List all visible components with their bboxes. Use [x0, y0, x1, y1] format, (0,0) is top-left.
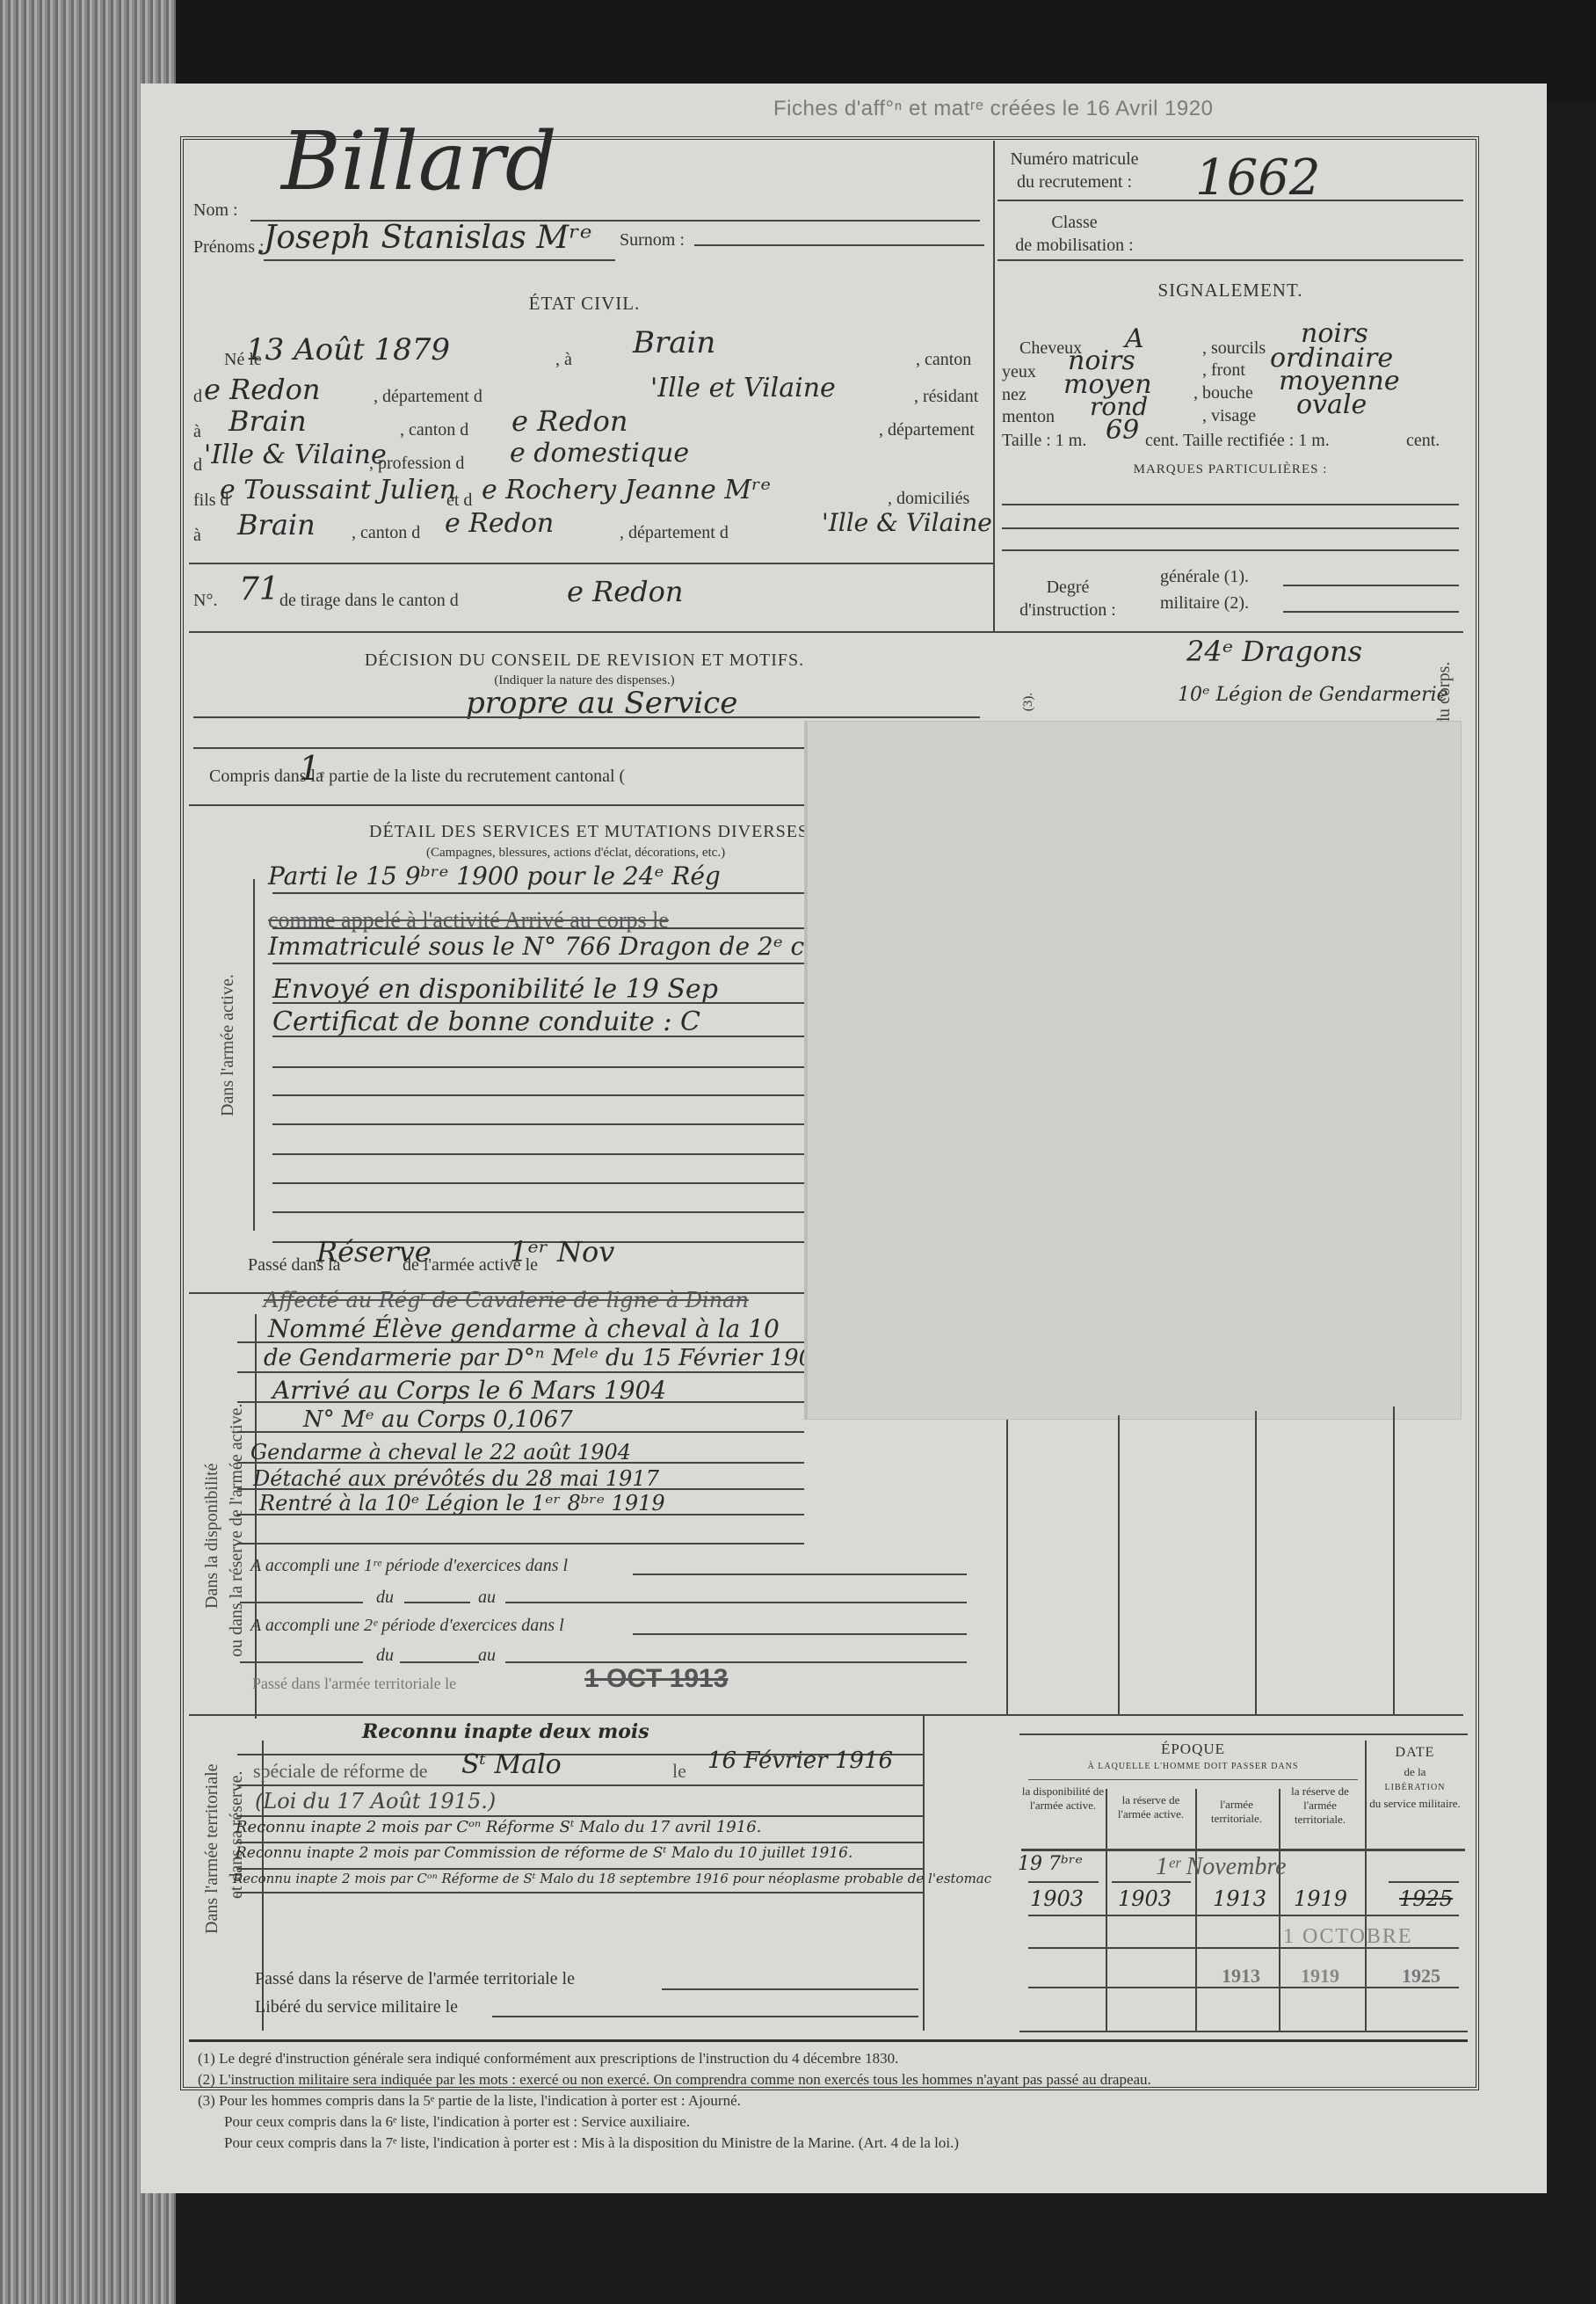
nez-label: nez [1002, 385, 1027, 405]
epoque-stamp-year-liberation: 1925 [1402, 1965, 1440, 1988]
compris-divider [189, 804, 804, 806]
service-ruling [272, 1182, 804, 1184]
services-subtitle: (Campagnes, blessures, actions d'éclat, … [426, 846, 725, 861]
tirage-divider [189, 631, 1463, 633]
epoque-ruling [1028, 1947, 1459, 1949]
departement-label: , département d [374, 387, 482, 407]
territoriale-line-6: Reconnu inapte 2 mois par Cᵒⁿ Réforme de… [233, 1871, 991, 1886]
ruled-col-divider [1118, 1415, 1120, 1714]
epoque-ruling [1112, 1881, 1191, 1883]
service-ruling [272, 1123, 804, 1125]
epoque-col-divider [1195, 1789, 1197, 2031]
territoriale-line-2-value: Sᵗ Malo [461, 1749, 562, 1780]
tirage-no-value: 71 [239, 571, 279, 607]
disponibilite-line: Nommé Élève gendarme à cheval à la 10 [268, 1314, 780, 1343]
pasted-paper-overlay [804, 721, 1462, 1420]
services-title: DÉTAIL DES SERVICES ET MUTATIONS DIVERSE… [369, 822, 809, 842]
disponibilite-side-label-1: Dans la disponibilité [202, 1463, 222, 1609]
footnote-4: Pour ceux compris dans la 6ᵉ liste, l'in… [198, 2111, 1463, 2133]
ruled-col-divider [1255, 1411, 1257, 1714]
classe-label-1: Classe [997, 211, 1151, 234]
degre-instruction-label: Degré d'instruction : [1002, 576, 1134, 621]
territoriale-ruling [237, 1842, 923, 1843]
epoque-stamp-year-territoriale: 1913 [1222, 1965, 1260, 1988]
epoque-stamp-year-reserve-territoriale: 1919 [1301, 1965, 1339, 1988]
canton-value: e Redon [204, 373, 321, 406]
footnote-5: Pour ceux compris dans la 7ᵉ liste, l'in… [198, 2133, 1463, 2154]
ne-le-value: 13 Août 1879 [246, 332, 450, 367]
degre-label-2: d'instruction : [1002, 599, 1134, 621]
service-line: Certificat de bonne conduite : C [272, 1007, 700, 1037]
mere-value: e Rochery Jeanne Mʳᵉ [482, 475, 771, 505]
canton-label: , canton [916, 350, 971, 370]
taille-value: 69 [1106, 415, 1139, 446]
marques-line-3 [1002, 549, 1459, 551]
disponibilite-line: Affecté au Régᵗ de Cavalerie de ligne à … [264, 1288, 749, 1312]
epoque-col-reserve-territoriale: la réserve de l'armée territoriale. [1280, 1784, 1360, 1827]
service-line: Immatriculé sous le N° 766 Dragon de 2ᵉ … [268, 932, 820, 961]
epoque-ruling [1028, 1915, 1459, 1916]
service-ruling [272, 927, 804, 929]
passe-territoriale-label: Passé dans l'armée territoriale le [252, 1675, 456, 1693]
periode1-au-line [505, 1602, 967, 1603]
epoque-ruling [1028, 1987, 1459, 1988]
service-ruling [272, 892, 804, 894]
res-a-label: à [193, 422, 201, 442]
epoque-year-disponibilite: 1903 [1030, 1886, 1084, 1911]
res-dept-value: 'Ille & Vilaine [204, 440, 387, 470]
taille-rectifiee-label: cent. Taille rectifiée : 1 m. [1145, 431, 1330, 451]
passe-reserve-territoriale-label: Passé dans la réserve de l'armée territo… [255, 1969, 575, 1989]
footnote-num: (2) [198, 2071, 215, 2088]
disponibilite-line: Rentré à la 10ᵉ Légion le 1ᵉʳ 8ᵇʳᵉ 1919 [259, 1491, 665, 1515]
decision-line-1 [193, 716, 980, 718]
periode1-du-label: du [376, 1588, 394, 1608]
date-liberation-title: DATE [1367, 1745, 1463, 1761]
epoque-top-line [1019, 1733, 1468, 1735]
territoriale-ruling [237, 1784, 923, 1786]
territoriale-line-4: Reconnu inapte 2 mois par Cᵒⁿ Réforme Sᵗ… [236, 1818, 761, 1836]
epoque-brace [1028, 1779, 1358, 1780]
disponibilite-line: N° Mᵉ au Corps 0,1067 [303, 1406, 573, 1433]
profession-label: , profession d [369, 454, 464, 474]
disponibilite-line: Détaché aux prévôtés du 28 mai 1917 [253, 1466, 659, 1491]
marques-label: MARQUES PARTICULIÈRES : [997, 462, 1463, 477]
reserve-date-value: 1ᵉʳ Nov [510, 1235, 614, 1268]
decision-value: propre au Service [466, 686, 737, 721]
epoque-year-territoriale: 1913 [1213, 1886, 1266, 1911]
signalement-title: SIGNALEMENT. [997, 280, 1463, 302]
disponibilite-line: de Gendarmerie par D°ⁿ Mᵉˡᵉ du 15 Févrie… [264, 1345, 828, 1371]
decision-title: DÉCISION DU CONSEIL DE REVISION ET MOTIF… [180, 650, 989, 671]
disponibilite-side-label-2: ou dans la réserve de l'armée active. [227, 1404, 247, 1657]
generale-line [1283, 585, 1459, 586]
visage-value: ovale [1296, 389, 1367, 420]
corps-line-2: 10ᵉ Légion de Gendarmerie [1178, 684, 1448, 706]
footnotes: (1) Le degré d'instruction générale sera… [198, 2048, 1463, 2154]
res-canton-value: e Redon [511, 404, 628, 438]
footnote-text: Pour ceux compris dans la 7ᵉ liste, l'in… [224, 2134, 959, 2151]
footnote-text: Pour les hommes compris dans la 5ᵉ parti… [219, 2092, 741, 2109]
tirage-canton-value: e Redon [567, 575, 684, 608]
ruled-col-divider [1006, 1420, 1008, 1714]
territoriale-line-3: (Loi du 17 Août 1915.) [255, 1789, 496, 1813]
disponibilite-section-divider [189, 1714, 1463, 1716]
disponibilite-bracket [255, 1314, 257, 1719]
periode2-au-line [505, 1661, 967, 1663]
footnote-divider [189, 2039, 1468, 2042]
epoque-col-reserve-active: la réserve de l'armée active. [1109, 1793, 1193, 1821]
res-a-value: Brain [229, 404, 307, 438]
classe-label-2: de mobilisation : [997, 234, 1151, 257]
territoriale-ruling [237, 1868, 923, 1870]
service-line: Parti le 15 9ᵇʳᵉ 1900 pour le 24ᵉ Rég [268, 861, 721, 890]
footnote-3: (3) Pour les hommes compris dans la 5ᵉ p… [198, 2090, 1463, 2111]
etat-civil-title: ÉTAT CIVIL. [180, 293, 989, 315]
disponibilite-ruling [237, 1488, 804, 1490]
compris-suffix: ᵉ partie de la liste du recrutement cant… [320, 767, 625, 787]
territoriale-le-label: le [672, 1760, 686, 1783]
epoque-bottom-line [1019, 2031, 1468, 2032]
tirage-no-label: N°. [193, 591, 217, 611]
periode2-au-label: au [478, 1646, 496, 1666]
dom-a-value: Brain [237, 508, 316, 541]
pere-value: e Toussaint Julien [220, 475, 456, 505]
territoriale-line-2-date: 16 Février 1916 [707, 1748, 893, 1774]
disponibilite-ruling [237, 1431, 804, 1433]
epoque-header-rule [1021, 1849, 1465, 1851]
yeux-label: yeux [1002, 362, 1036, 382]
militaire-label: militaire (2). [1160, 593, 1249, 614]
corps-note-label: (3). [1021, 693, 1036, 711]
generale-label: générale (1). [1160, 567, 1249, 587]
prenoms-label: Prénoms : [193, 237, 265, 258]
service-ruling [272, 963, 804, 964]
service-ruling [272, 1036, 804, 1037]
epoque-stamp-day: 1 OCTOBRE [1283, 1925, 1413, 1949]
periode2-du-line [400, 1661, 479, 1663]
service-ruling [272, 1002, 804, 1004]
epoque-year-reserve-active: 1903 [1118, 1886, 1172, 1911]
menton-label: menton [1002, 407, 1055, 427]
epoque-ruling [1028, 1881, 1099, 1883]
epoque-day-stamp: 1ᵉʳ Novembre [1156, 1853, 1287, 1881]
taille-label: Taille : 1 m. [1002, 431, 1086, 451]
disponibilite-ruling [237, 1543, 804, 1544]
compris-value: 1 [299, 749, 320, 788]
departement-value: 'Ille et Vilaine [650, 373, 836, 403]
disponibilite-ruling [237, 1401, 804, 1403]
epoque-subtitle: À LAQUELLE L'HOMME DOIT PASSER DANS [1019, 1762, 1367, 1771]
footnote-num: (3) [198, 2092, 215, 2109]
date-liberation-sub-3: du service militaire. [1367, 1797, 1463, 1811]
nom-value: Billard [281, 114, 557, 208]
date-liberation-sub-2: LIBÉRATION [1367, 1783, 1463, 1792]
res-canton-label: , canton d [400, 420, 468, 440]
classe-line [997, 259, 1463, 261]
periode1-line [633, 1574, 967, 1575]
matricule-value: 1662 [1195, 149, 1321, 207]
dom-dept-value: 'Ille & Vilaine [822, 508, 992, 537]
service-ruling [272, 1211, 804, 1213]
front-label: , front [1202, 360, 1245, 381]
service-ruling [272, 1094, 804, 1096]
classe-label: Classe de mobilisation : [997, 211, 1151, 257]
epoque-day-disponibilite: 19 7ᵇʳᵉ [1018, 1853, 1083, 1875]
ruled-col-divider [1393, 1406, 1395, 1714]
nom-label: Nom : [193, 200, 238, 221]
periode2-du-line-pre [240, 1661, 363, 1663]
disponibilite-line: Gendarme à cheval le 22 août 1904 [250, 1440, 631, 1465]
footnote-text: Pour ceux compris dans la 6ᵉ liste, l'in… [224, 2113, 690, 2130]
right-column-divider [993, 141, 995, 633]
res-dept-d-label: d [193, 455, 202, 476]
matricule-label: Numéro matricule du recrutement : [997, 148, 1151, 193]
territoriale-line-2-label: spéciale de réforme de [253, 1760, 428, 1783]
passe-territoriale-stamp: 1 OCT 1913 [584, 1664, 728, 1694]
epoque-year-reserve-territoriale: 1919 [1294, 1886, 1347, 1911]
epoque-col-divider [1279, 1789, 1280, 2031]
prenoms-line [264, 259, 615, 261]
service-ruling [272, 1153, 804, 1155]
epoque-col-disponibilite: la disponibilité de l'armée active. [1021, 1784, 1105, 1813]
dom-canton-value: e Redon [445, 508, 554, 539]
periode1-du-line [404, 1602, 470, 1603]
territoriale-ruling [237, 1892, 923, 1893]
libere-line [492, 2016, 918, 2017]
dom-a-label: à [193, 526, 201, 546]
date-liberation-sub-1: de la [1367, 1765, 1463, 1779]
a-value: Brain [633, 325, 715, 360]
active-army-side-label: Dans l'armée active. [218, 974, 238, 1116]
disponibilite-ruling [237, 1341, 804, 1343]
footnote-num: (1) [198, 2050, 215, 2067]
service-ruling [272, 1066, 804, 1068]
sourcils-label: , sourcils [1202, 338, 1266, 359]
territoriale-side-label-1: Dans l'armée territoriale [202, 1763, 222, 1934]
periode1-label: A accompli une 1ʳᵉ période d'exercices d… [250, 1556, 568, 1576]
disponibilite-ruling [237, 1514, 804, 1515]
active-army-bracket [253, 879, 255, 1231]
bouche-label: , bouche [1193, 383, 1253, 403]
epoque-col-divider [1106, 1789, 1107, 2031]
service-line: comme appelé à l'activité Arrivé au corp… [268, 907, 669, 934]
libere-label: Libéré du service militaire le [255, 1997, 458, 2017]
cent-label: cent. [1406, 431, 1440, 451]
disponibilite-ruling [237, 1462, 804, 1464]
periode2-du-label: du [376, 1646, 394, 1666]
visage-label: , visage [1202, 406, 1256, 426]
marques-line-2 [1002, 527, 1459, 529]
territoriale-line-5: Reconnu inapte 2 mois par Commission de … [236, 1844, 852, 1862]
footnote-text: L'instruction militaire sera indiquée pa… [219, 2071, 1151, 2088]
footnote-2: (2) L'instruction militaire sera indiqué… [198, 2069, 1463, 2090]
footnote-text: Le degré d'instruction générale sera ind… [219, 2050, 898, 2067]
territoriale-line-1: Reconnu inapte deux mois [362, 1720, 649, 1743]
prenoms-value: Joseph Stanislas Mʳᵉ [264, 220, 592, 256]
periode1-du-line-pre [240, 1602, 363, 1603]
res-dept-label: , département [879, 420, 975, 440]
passe-reserve-territoriale-line [662, 1988, 918, 1990]
matricule-line [997, 200, 1463, 201]
epoque-year-liberation: 1925 [1399, 1886, 1453, 1911]
a-label: , à [555, 350, 572, 370]
epoque-col-territoriale: l'armée territoriale. [1197, 1798, 1276, 1826]
etat-civil-divider [189, 563, 993, 564]
tirage-canton-label: de tirage dans le canton d [279, 591, 459, 611]
corps-line-1: 24ᵉ Dragons [1186, 635, 1362, 668]
dom-dept-label: , département d [620, 523, 729, 543]
canton-d-label: d [193, 387, 202, 407]
epoque-ruling [1389, 1881, 1459, 1883]
disponibilite-ruling [237, 1371, 804, 1373]
periode1-au-label: au [478, 1588, 496, 1608]
marques-line-1 [1002, 504, 1459, 505]
epoque-title: ÉPOQUE [1019, 1741, 1367, 1758]
surnom-label: Surnom : [620, 230, 685, 251]
territoriale-ruling [237, 1815, 923, 1817]
service-line: Envoyé en disponibilité le 19 Sep [272, 974, 718, 1005]
profession-value: e domestique [510, 438, 689, 469]
residant-label: , résidant [914, 387, 978, 407]
surnom-line [694, 244, 984, 246]
matricule-label-2: du recrutement : [997, 171, 1151, 193]
matricule-label-1: Numéro matricule [997, 148, 1151, 171]
footnote-1: (1) Le degré d'instruction générale sera… [198, 2048, 1463, 2069]
dom-canton-label: , canton d [352, 523, 420, 543]
header-stamp: Fiches d'aff°ⁿ et matʳᵉ créées le 16 Avr… [773, 97, 1213, 121]
militaire-line [1283, 611, 1459, 613]
degre-label-1: Degré [1002, 576, 1134, 599]
periode2-line [633, 1633, 967, 1635]
periode2-label: A accompli une 2ᵉ période d'exercices da… [250, 1616, 564, 1636]
domicilies-label: , domiciliés [888, 489, 969, 509]
